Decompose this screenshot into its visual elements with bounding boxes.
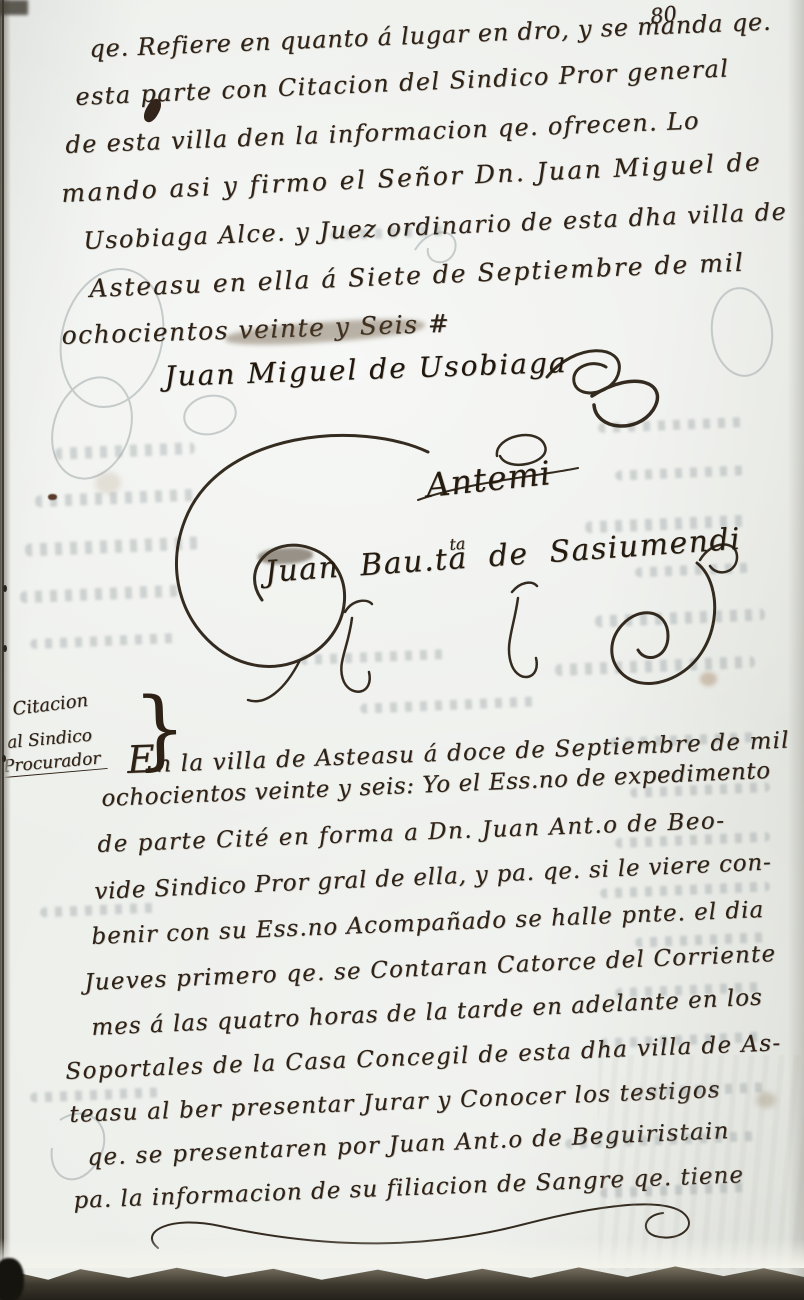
page-corner-shadow bbox=[0, 1258, 24, 1300]
margin-note-line: Citacion bbox=[12, 691, 90, 720]
ante-mi-text: Antemi bbox=[424, 455, 553, 504]
bleed-through-mark bbox=[555, 656, 755, 676]
signature-notary: Juan Bau.ta de Sasiumendi bbox=[264, 523, 743, 589]
binding-nick bbox=[2, 755, 6, 762]
bleed-through-mark bbox=[30, 633, 180, 649]
manuscript-line: de esta villa den la informacion qe. ofr… bbox=[65, 108, 700, 159]
manuscript-line: mando asi y firmo el Señor Dn. Juan Migu… bbox=[61, 148, 763, 207]
paper-stain bbox=[95, 472, 121, 494]
bleed-through-mark bbox=[25, 536, 200, 556]
manuscript-line: Asteasu en ella á Siete de Septiembre de… bbox=[89, 249, 745, 303]
paper-stain bbox=[700, 672, 717, 686]
margin-note-line: Procurador bbox=[2, 749, 107, 778]
bleed-through-mark bbox=[20, 585, 180, 604]
signature-juan-miguel-de-usobiaga: Juan Miguel de Usobiaga bbox=[164, 348, 568, 393]
binding-nick bbox=[3, 645, 7, 652]
bleed-through-mark bbox=[360, 696, 540, 714]
bleed-through-mark bbox=[600, 881, 770, 898]
bleed-through-mark bbox=[598, 417, 748, 433]
bleed-through-mark bbox=[300, 649, 450, 665]
page-bottom-highlight bbox=[0, 1238, 804, 1268]
binding-nick bbox=[3, 585, 7, 592]
manuscript-line: vide Sindico Pror gral de ella, y pa. qe… bbox=[94, 850, 772, 905]
manuscript-line: esta parte con Citacion del Sindico Pror… bbox=[75, 55, 730, 110]
bleed-through-mark bbox=[635, 562, 755, 577]
manuscript-line: qe. Refiere en quanto á lugar en dro, y … bbox=[89, 9, 772, 63]
ink-fleck bbox=[48, 494, 57, 500]
page-corner-shadow bbox=[0, 0, 28, 15]
bleed-through-mark bbox=[35, 489, 200, 508]
bleed-through-mark bbox=[595, 608, 765, 627]
manuscript-line: de parte Cité en forma a Dn. Juan Ant.o … bbox=[97, 809, 726, 858]
manuscript-line: Usobiaga Alce. y Juez ordinario de esta … bbox=[83, 199, 788, 255]
page-right-edge bbox=[788, 0, 804, 1300]
manuscript-line: mes á las quatro horas de la tarde en ad… bbox=[91, 986, 764, 1042]
bleed-through-mark bbox=[55, 442, 195, 460]
binding-line bbox=[2, 0, 4, 1262]
manuscript-page: 80 qe. Refiere en quanto á lugar en dro,… bbox=[0, 0, 804, 1300]
margin-note-line: al Sindico bbox=[6, 727, 92, 753]
bleed-through-mark bbox=[615, 465, 745, 480]
